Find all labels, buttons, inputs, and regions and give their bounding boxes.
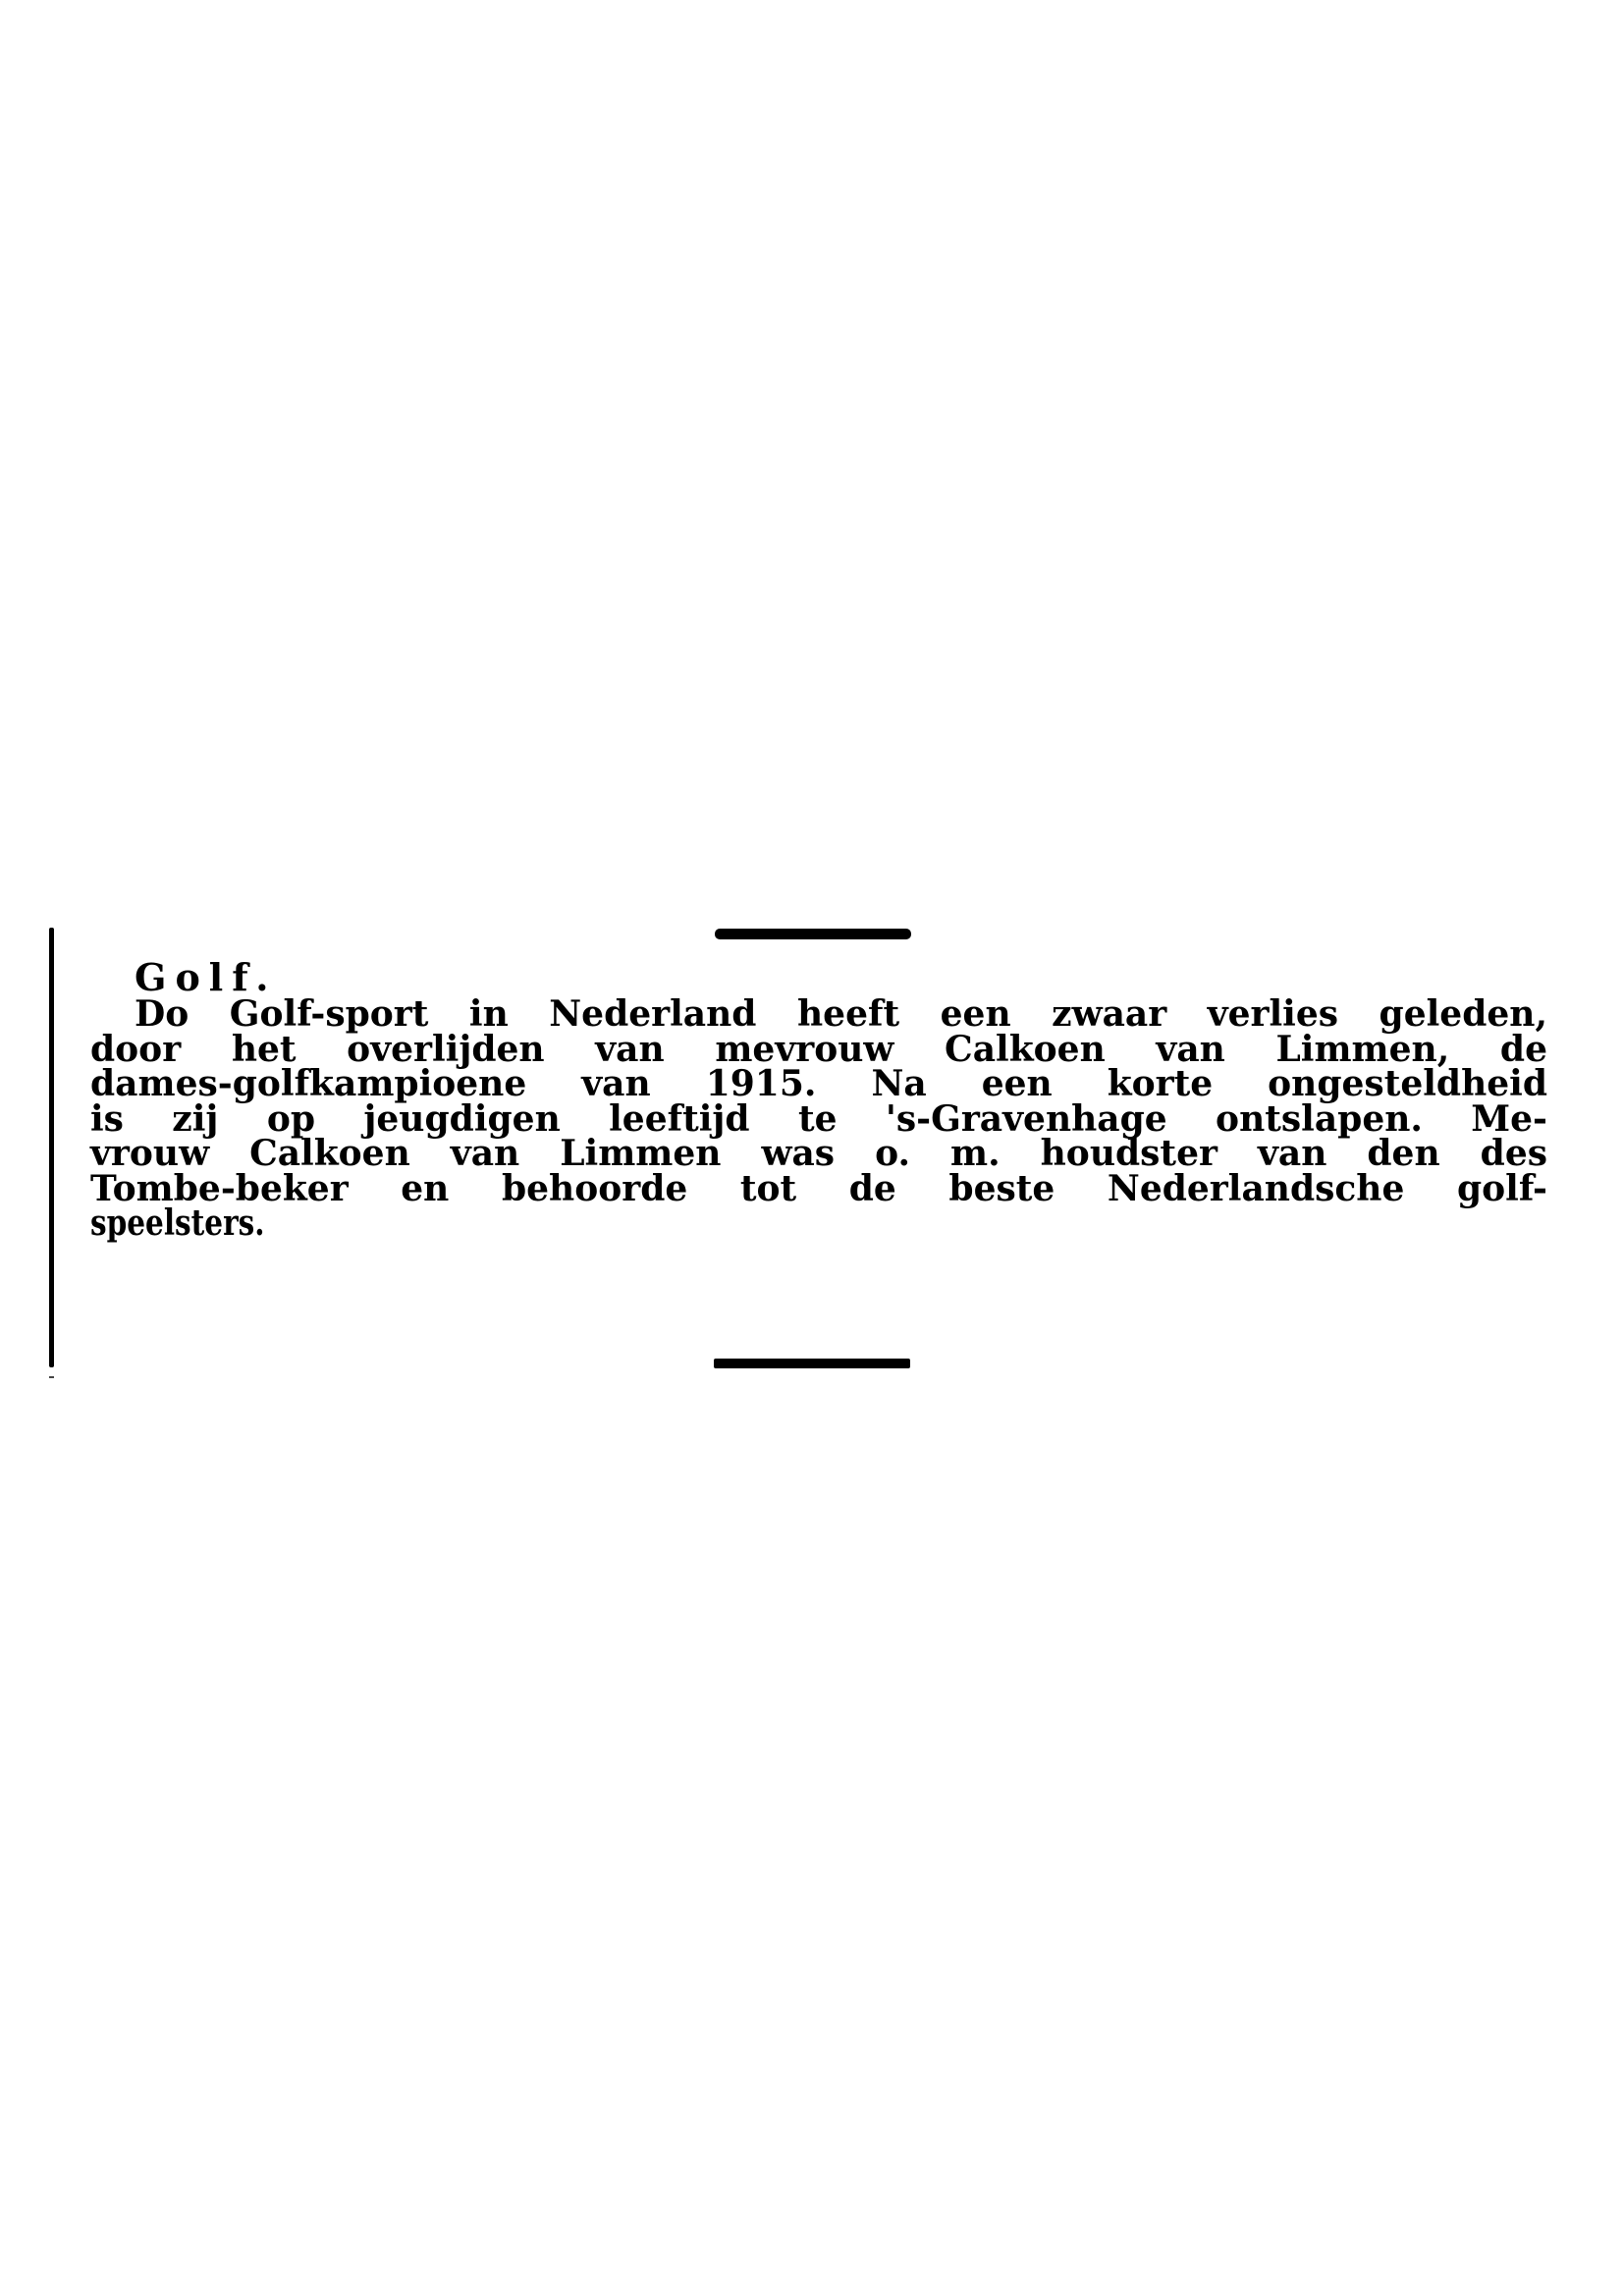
article: Golf. Do Golf-sport in Nederland heeft e… [90,958,1547,1242]
top-separator-rule [715,929,911,939]
article-line: is zij op jeugdigen leeftijd te 's-Grave… [90,1102,1547,1138]
article-line: Do Golf-sport in Nederland heeft een zwa… [90,997,1547,1033]
column-border-left [49,928,54,1367]
article-line: Tombe-beker en behoorde tot de beste Ned… [90,1172,1547,1207]
article-line: speelsters. [90,1206,1285,1242]
article-line: vrouw Calkoen van Limmen was o. m. houds… [90,1137,1547,1172]
article-line: dames-golfkampioene van 1915. Na een kor… [90,1067,1547,1102]
article-heading: Golf. [135,958,1547,997]
bottom-separator-rule [714,1359,910,1368]
article-line: door het overlijden van mevrouw Calkoen … [90,1033,1547,1068]
column-border-tick [49,1376,54,1378]
document-page: Golf. Do Golf-sport in Nederland heeft e… [0,0,1623,2296]
